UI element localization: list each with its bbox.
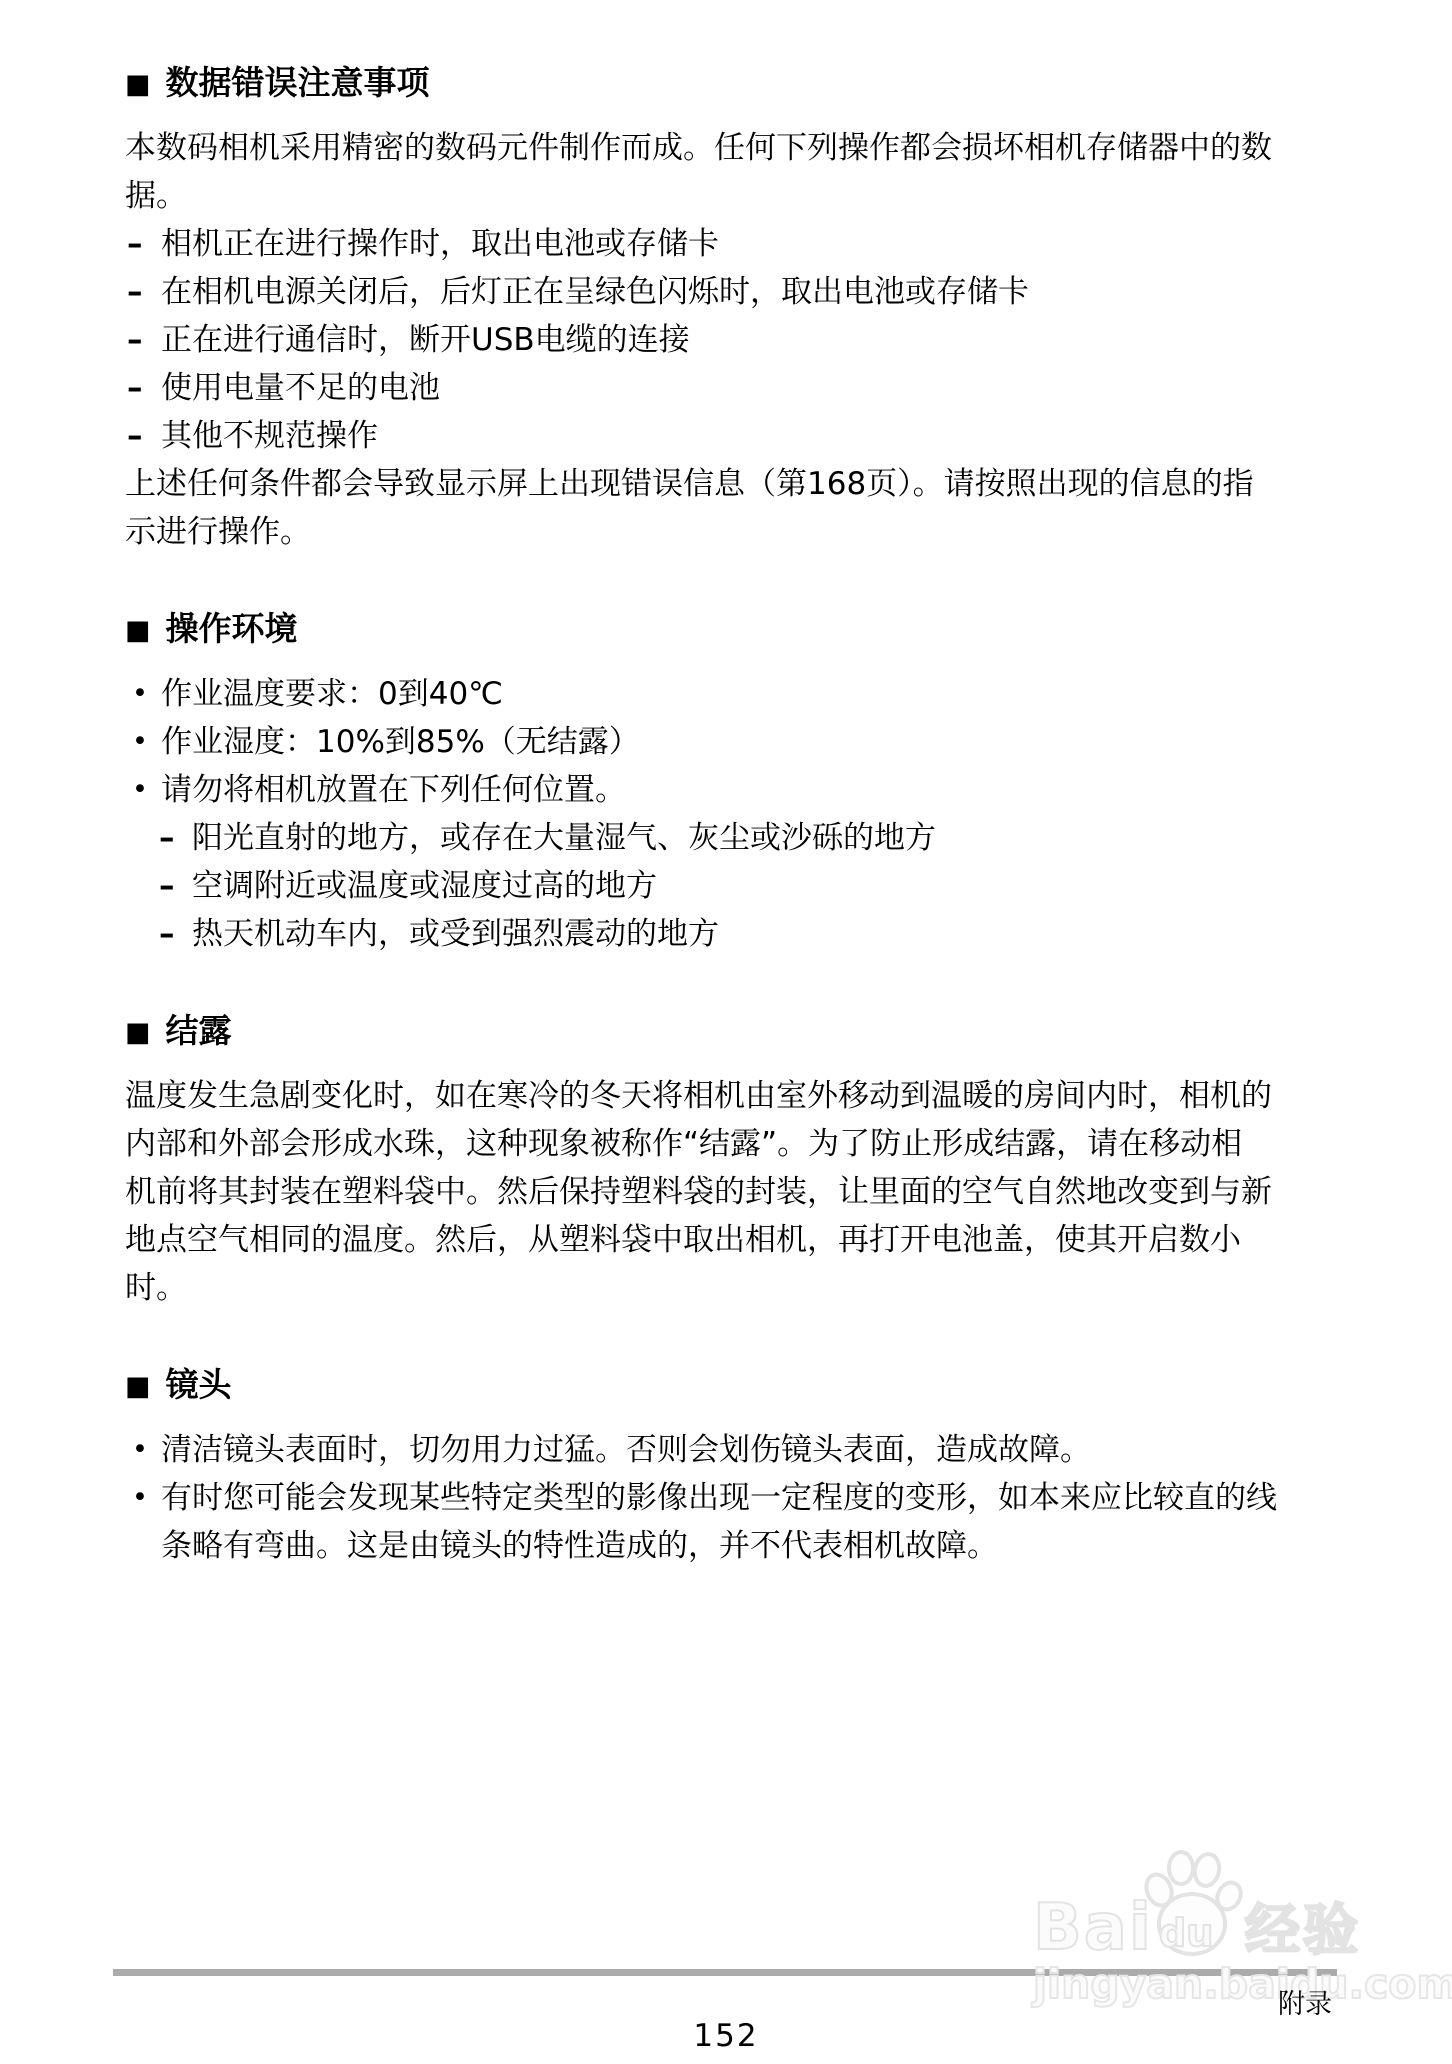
list-item: • 作业湿度：10%到85%（无结露） [125, 718, 1365, 766]
list-item-line: 条略有弯曲。这是由镜头的特性造成的，并不代表相机故障。 [161, 1522, 1365, 1570]
list-item-text: 有时您可能会发现某些特定类型的影像出现一定程度的变形，如本来应比较直的线 条略有… [161, 1474, 1365, 1570]
paragraph-line: 示进行操作。 [125, 508, 1365, 556]
paragraph-line: 温度发生急剧变化时，如在寒冷的冬天将相机由室外移动到温暖的房间内时，相机的 [125, 1072, 1365, 1120]
heading-square-icon: ■ [125, 617, 151, 644]
list-item-text: 作业湿度：10%到85%（无结露） [161, 718, 1365, 766]
sub-list-item: – 热天机动车内，或受到强烈震动的地方 [125, 910, 1365, 958]
watermark-bai-text: Bai [1033, 1896, 1153, 1960]
paragraph: 温度发生急剧变化时，如在寒冷的冬天将相机由室外移动到温暖的房间内时，相机的 内部… [125, 1072, 1365, 1312]
page-number: 152 [0, 2018, 1452, 2054]
list-item: • 有时您可能会发现某些特定类型的影像出现一定程度的变形，如本来应比较直的线 条… [125, 1474, 1365, 1570]
list-item-line: 有时您可能会发现某些特定类型的影像出现一定程度的变形，如本来应比较直的线 [161, 1474, 1365, 1522]
bullet-marker-icon: • [132, 670, 148, 718]
paragraph: 本数码相机采用精密的数码元件制作而成。任何下列操作都会损坏相机存储器中的数 据。 [125, 124, 1365, 220]
heading-square-icon: ■ [125, 71, 151, 98]
list-item: – 使用电量不足的电池 [125, 364, 1365, 412]
dash-marker-icon: – [127, 220, 143, 268]
dash-marker-icon: – [159, 814, 175, 862]
section-heading-text: 镜头 [166, 1364, 232, 1406]
list-item: – 其他不规范操作 [125, 412, 1365, 460]
section-heading-text: 数据错误注意事项 [166, 62, 430, 104]
list-item: – 正在进行通信时，断开USB电缆的连接 [125, 316, 1365, 364]
watermark-du-text: du [1159, 1914, 1213, 1952]
paragraph-line: 时。 [125, 1264, 1365, 1312]
sub-list-item-text: 空调附近或温度或湿度过高的地方 [192, 862, 1365, 910]
dash-marker-icon: – [127, 268, 143, 316]
paragraph-line: 机前将其封装在塑料袋中。然后保持塑料袋的封装，让里面的空气自然地改变到与新 [125, 1168, 1365, 1216]
dash-marker-icon: – [127, 412, 143, 460]
list-item-text: 相机正在进行操作时，取出电池或存储卡 [161, 220, 1365, 268]
paragraph-line: 内部和外部会形成水珠，这种现象被称作“结露”。为了防止形成结露，请在移动相 [125, 1120, 1365, 1168]
paragraph-line: 地点空气相同的温度。然后，从塑料袋中取出相机，再打开电池盖，使其开启数小 [125, 1216, 1365, 1264]
dash-marker-icon: – [159, 910, 175, 958]
section-heading: ■ 镜头 [125, 1364, 1365, 1406]
section-operating-environment: ■ 操作环境 • 作业温度要求：0到40℃ • 作业湿度：10%到85%（无结露… [125, 608, 1365, 958]
bullet-marker-icon: • [132, 766, 148, 814]
sub-list-item-text: 热天机动车内，或受到强烈震动的地方 [192, 910, 1365, 958]
section-heading-text: 结露 [166, 1010, 232, 1052]
page-content: ■ 数据错误注意事项 本数码相机采用精密的数码元件制作而成。任何下列操作都会损坏… [125, 62, 1365, 1570]
dash-marker-icon: – [127, 364, 143, 412]
list-item-text: 使用电量不足的电池 [161, 364, 1365, 412]
list-item: • 清洁镜头表面时，切勿用力过猛。否则会划伤镜头表面，造成故障。 [125, 1426, 1365, 1474]
footer-appendix-label: 附录 [1278, 1990, 1332, 2020]
sub-list-item: – 阳光直射的地方，或存在大量湿气、灰尘或沙砾的地方 [125, 814, 1365, 862]
section-heading: ■ 操作环境 [125, 608, 1365, 650]
paragraph-line: 本数码相机采用精密的数码元件制作而成。任何下列操作都会损坏相机存储器中的数 [125, 124, 1365, 172]
heading-square-icon: ■ [125, 1373, 151, 1400]
section-heading-text: 操作环境 [166, 608, 298, 650]
section-heading: ■ 数据错误注意事项 [125, 62, 1365, 104]
list-item: • 请勿将相机放置在下列任何位置。 [125, 766, 1365, 814]
list-item-text: 请勿将相机放置在下列任何位置。 [161, 766, 1365, 814]
paragraph: 上述任何条件都会导致显示屏上出现错误信息（第168页）。请按照出现的信息的指 示… [125, 460, 1365, 556]
watermark-jingyan-text: 经验 [1245, 1903, 1361, 1958]
section-lens: ■ 镜头 • 清洁镜头表面时，切勿用力过猛。否则会划伤镜头表面，造成故障。 • … [125, 1364, 1365, 1570]
list-item: – 相机正在进行操作时，取出电池或存储卡 [125, 220, 1365, 268]
section-heading: ■ 结露 [125, 1010, 1365, 1052]
section-condensation: ■ 结露 温度发生急剧变化时，如在寒冷的冬天将相机由室外移动到温暖的房间内时，相… [125, 1010, 1365, 1312]
section-data-error-precautions: ■ 数据错误注意事项 本数码相机采用精密的数码元件制作而成。任何下列操作都会损坏… [125, 62, 1365, 556]
sub-list-item: – 空调附近或温度或湿度过高的地方 [125, 862, 1365, 910]
heading-square-icon: ■ [125, 1019, 151, 1046]
bullet-marker-icon: • [132, 718, 148, 766]
list-item-text: 其他不规范操作 [161, 412, 1365, 460]
list-item-text: 在相机电源关闭后，后灯正在呈绿色闪烁时，取出电池或存储卡 [161, 268, 1365, 316]
dash-marker-icon: – [159, 862, 175, 910]
list-item: – 在相机电源关闭后，后灯正在呈绿色闪烁时，取出电池或存储卡 [125, 268, 1365, 316]
list-item-text: 清洁镜头表面时，切勿用力过猛。否则会划伤镜头表面，造成故障。 [161, 1426, 1365, 1474]
dash-marker-icon: – [127, 316, 143, 364]
watermark-logo-row: Bai du 经验 [1033, 1850, 1373, 1960]
list-item-text: 作业温度要求：0到40℃ [161, 670, 1365, 718]
paragraph-line: 据。 [125, 172, 1365, 220]
bullet-marker-icon: • [132, 1426, 148, 1474]
baidu-jingyan-watermark: Bai du 经验 jingyan.baidu.com [1033, 1850, 1373, 2005]
list-item: • 作业温度要求：0到40℃ [125, 670, 1365, 718]
list-item-text: 正在进行通信时，断开USB电缆的连接 [161, 316, 1365, 364]
sub-list-item-text: 阳光直射的地方，或存在大量湿气、灰尘或沙砾的地方 [192, 814, 1365, 862]
paragraph-line: 上述任何条件都会导致显示屏上出现错误信息（第168页）。请按照出现的信息的指 [125, 460, 1365, 508]
bullet-marker-icon: • [132, 1474, 148, 1522]
manual-page: ■ 数据错误注意事项 本数码相机采用精密的数码元件制作而成。任何下列操作都会损坏… [0, 0, 1452, 2064]
